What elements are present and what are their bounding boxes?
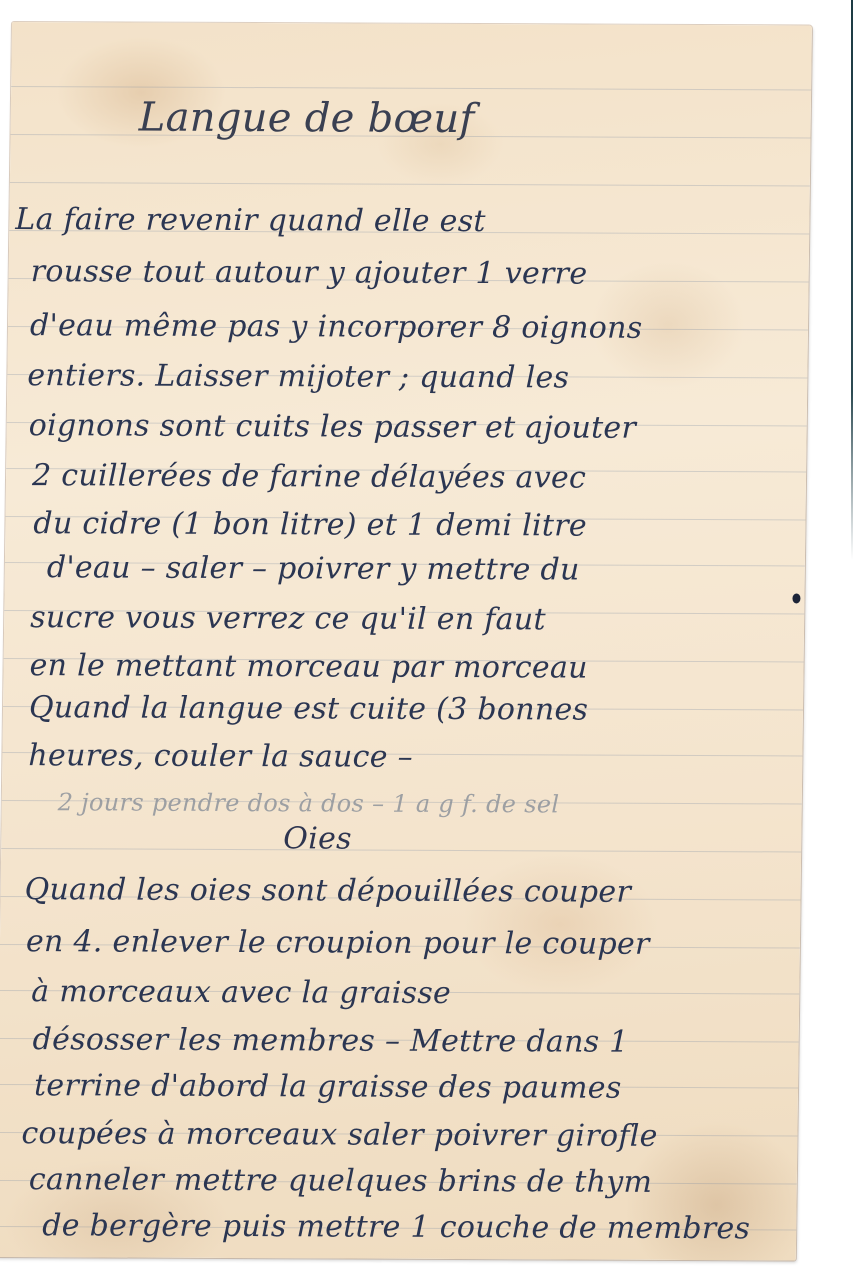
recipe-line: entiers. Laisser mijoter ; quand les (27, 358, 569, 395)
recipe-line: terrine d'abord la graisse des paumes (34, 1068, 622, 1106)
recipe-line: heures, couler la sauce – (28, 738, 413, 775)
recipe-title-oies: Oies (283, 821, 352, 856)
recipe-line: La faire revenir quand elle est (15, 202, 486, 239)
recipe-line: de bergère puis mettre 1 couche de membr… (42, 1208, 750, 1246)
recipe-line: d'eau même pas y incorporer 8 oignons (30, 308, 643, 346)
scanner-edge-strip (851, 0, 853, 560)
pencil-annotation: 2 jours pendre dos à dos – 1 a g f. de s… (58, 788, 560, 818)
recipe-line: en 4. enlever le croupion pour le couper (26, 924, 650, 962)
recipe-line: sucre vous verrez ce qu'il en faut (30, 600, 546, 637)
recipe-line: coupées à morceaux saler poivrer girofle (21, 1116, 658, 1154)
ink-blot (792, 593, 800, 603)
recipe-line: en le mettant morceau par morceau (29, 648, 588, 685)
recipe-line: du cidre (1 bon litre) et 1 demi litre (33, 506, 587, 543)
recipe-line: désosser les membres – Mettre dans 1 (32, 1022, 628, 1060)
recipe-line: canneler mettre quelques brins de thym (29, 1162, 653, 1200)
recipe-title-langue-de-boeuf: Langue de bœuf (138, 95, 474, 142)
recipe-line: d'eau – saler – poivrer y mettre du (47, 550, 580, 587)
ruled-line (1, 848, 801, 852)
recipe-line: rousse tout autour y ajouter 1 verre (31, 254, 588, 291)
recipe-line: Quand la langue est cuite (3 bonnes (29, 690, 589, 727)
recipe-line: à morceaux avec la graisse (31, 974, 451, 1011)
recipe-line: 2 cuillerées de farine délayées avec (32, 458, 587, 495)
recipe-page: Langue de bœuf La faire revenir quand el… (0, 22, 812, 1260)
recipe-line: Quand les oies sont dépouillées couper (24, 872, 631, 910)
recipe-line: oignons sont cuits les passer et ajouter (28, 408, 636, 446)
ruled-line (11, 86, 811, 90)
ruled-line (10, 182, 810, 186)
